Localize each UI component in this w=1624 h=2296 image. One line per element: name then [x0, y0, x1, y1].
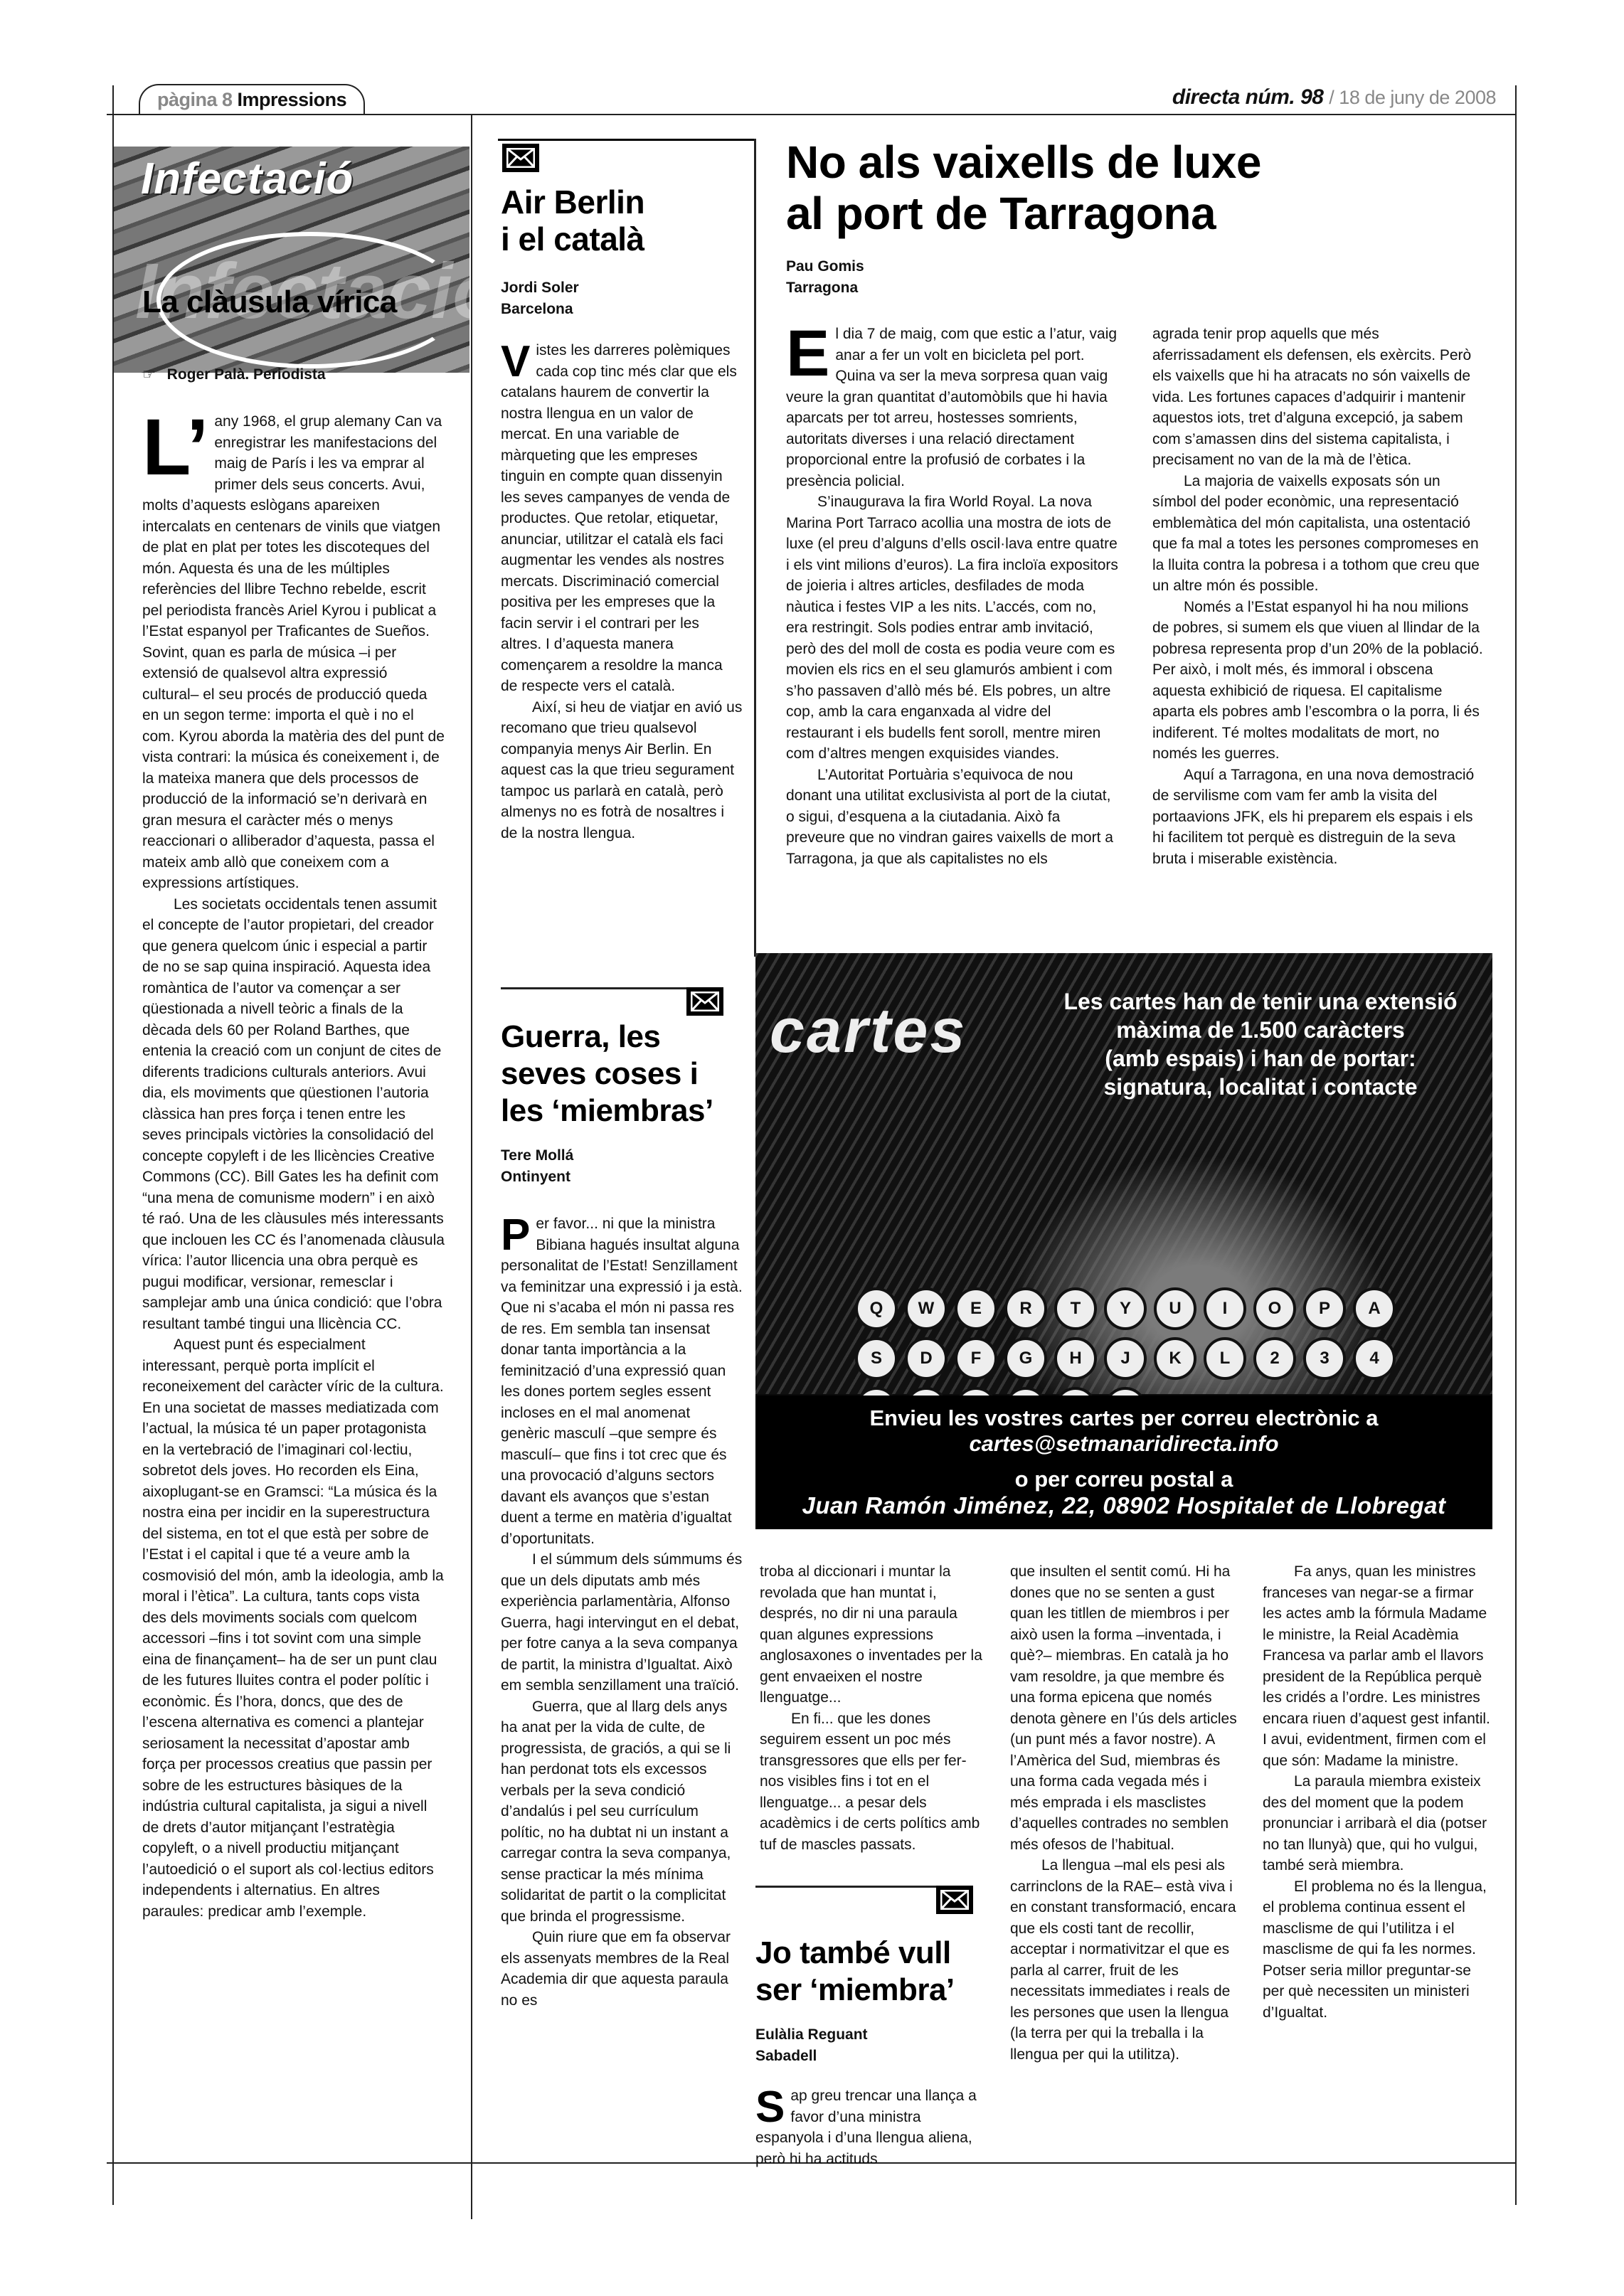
paragraph: ap greu trencar una llança a favor d’una…: [755, 2085, 990, 2169]
author: Jordi Soler: [501, 277, 579, 299]
location: Tarragona: [786, 277, 864, 299]
typewriter-key-icon: H: [1054, 1337, 1097, 1380]
column-divider-1: [471, 114, 472, 2219]
rules-line: (amb espais) i han de portar:: [1040, 1044, 1481, 1073]
cartes-title: cartes: [770, 994, 967, 1067]
typewriter-keys: QWERTYUIOPASDFGHJKL234567890: [855, 1287, 1410, 1394]
banner-title: Infectació: [141, 154, 354, 204]
paragraph: La llengua –mal els pesi als carrinclons…: [1010, 1855, 1238, 2065]
vaixells-body-col2: agrada tenir prop aquells que més aferri…: [1152, 324, 1487, 935]
headline-line: Guerra, les: [501, 1019, 660, 1054]
guerra-top-rule: [501, 987, 693, 989]
paragraph: Guerra, que al llarg dels anys ha anat p…: [501, 1696, 743, 1928]
headline-line: No als vaixells de luxe: [786, 137, 1261, 188]
header-rule: [107, 114, 1515, 115]
airberlin-headline: Air Berlin i el català: [501, 184, 644, 257]
vaixells-body-col1: E l dia 7 de maig, com que estic a l’atu…: [786, 324, 1120, 935]
headline-line: seves coses i: [501, 1056, 698, 1091]
miembra-body-col3: Fa anys, quan les ministres franceses va…: [1263, 1561, 1490, 2159]
section-name: Impressions: [238, 89, 347, 110]
headline-line: i el català: [501, 220, 644, 257]
paragraph: l dia 7 de maig, com que estic a l’atur,…: [786, 324, 1120, 491]
vaixells-byline: Pau Gomis Tarragona: [786, 256, 864, 299]
location: Ontinyent: [501, 1166, 573, 1188]
headline-line: al port de Tarragona: [786, 188, 1216, 239]
paragraph: Així, si heu de viatjar en avió us recom…: [501, 697, 743, 844]
email-label: Envieu les vostres cartes per correu ele…: [755, 1405, 1492, 1431]
paragraph: troba al diccionari i muntar la revolada…: [760, 1561, 987, 1708]
rules-line: signatura, localitat i contacte: [1040, 1073, 1481, 1101]
publication-issue: directa núm. 98: [1172, 85, 1324, 109]
rules-line: màxima de 1.500 caràcters: [1040, 1016, 1481, 1044]
paragraph: S’inaugurava la fira World Royal. La nov…: [786, 491, 1120, 765]
typewriter-key-icon: P: [1303, 1287, 1346, 1330]
typewriter-key-icon: G: [1004, 1337, 1047, 1380]
paragraph: La paraula miembra existeix des del mome…: [1263, 1771, 1490, 1876]
infectacio-body: L’ any 1968, el grup alemany Can va enre…: [142, 411, 445, 2147]
miembra-body-col2: que insulten el sentit comú. Hi ha dones…: [1010, 1561, 1238, 2159]
paragraph: Només a l’Estat espanyol hi ha nou milio…: [1152, 597, 1487, 765]
vaixells-headline: No als vaixells de luxe al port de Tarra…: [786, 137, 1261, 239]
column-divider-2: [754, 139, 756, 957]
cartes-box: QWERTYUIOPASDFGHJKL234567890 cartes Les …: [755, 953, 1492, 1529]
typewriter-key-icon: 4: [1353, 1337, 1396, 1380]
postal-address: Juan Ramón Jiménez, 22, 08902 Hospitalet…: [755, 1492, 1492, 1519]
paragraph: que insulten el sentit comú. Hi ha dones…: [1010, 1561, 1238, 1855]
paragraph: En fi... que les dones seguirem essent u…: [760, 1708, 987, 1854]
typewriter-key-icon: A: [1353, 1287, 1396, 1330]
miembra-body-col1: S ap greu trencar una llança a favor d’u…: [755, 2085, 990, 2171]
typewriter-key-icon: T: [1054, 1287, 1097, 1330]
masthead: directa núm. 98 / 18 de juny de 2008: [1172, 85, 1496, 110]
headline-line: Jo també vull: [755, 1935, 951, 1970]
left-margin-rule: [112, 85, 114, 2205]
typewriter-key-icon: F: [955, 1337, 997, 1380]
paragraph: I el súmmum dels súmmums és que un dels …: [501, 1549, 743, 1696]
author: Eulàlia Reguant: [755, 2024, 868, 2046]
typewriter-key-icon: S: [855, 1337, 898, 1380]
envelope-icon: [936, 1886, 973, 1914]
infectacio-banner: Infectació Infectació: [114, 147, 469, 373]
paragraph: La majoria de vaixells exposats són un s…: [1152, 471, 1487, 597]
cartes-contact: Envieu les vostres cartes per correu ele…: [755, 1396, 1492, 1529]
post-label: o per correu postal a: [755, 1467, 1492, 1492]
envelope-icon: [502, 144, 539, 172]
email-link[interactable]: cartes@setmanaridirecta.info: [755, 1431, 1492, 1457]
typewriter-key-icon: I: [1204, 1287, 1246, 1330]
cartes-rules: Les cartes han de tenir una extensió màx…: [1040, 987, 1481, 1101]
typewriter-key-icon: L: [1204, 1337, 1246, 1380]
typewriter-key-icon: D: [905, 1337, 948, 1380]
typewriter-key-icon: W: [905, 1287, 948, 1330]
paragraph: istes les darreres polèmiques cada cop t…: [501, 340, 743, 697]
author: Tere Mollá: [501, 1145, 573, 1166]
paragraph: Fa anys, quan les ministres franceses va…: [1263, 1561, 1490, 1771]
page-number: pàgina 8: [157, 89, 233, 110]
paragraph: er favor... ni que la ministra Bibiana h…: [501, 1213, 743, 1549]
paragraph: El problema no és la llengua, el problem…: [1263, 1876, 1490, 2024]
right-margin-rule: [1515, 85, 1517, 2205]
typewriter-key-icon: 2: [1253, 1337, 1296, 1380]
paragraph: Les societats occidentals tenen assumit …: [142, 894, 445, 1335]
infectacio-byline: ☞ Roger Palà. Periodista: [142, 364, 326, 386]
guerra-headline: Guerra, les seves coses i les ‘miembras’: [501, 1019, 713, 1130]
dropcap: L’: [142, 415, 208, 479]
dropcap: E: [786, 328, 829, 381]
dropcap: S: [755, 2090, 785, 2125]
miembra-byline: Eulàlia Reguant Sabadell: [755, 2024, 868, 2067]
rules-line: Les cartes han de tenir una extensió: [1040, 987, 1481, 1016]
guerra-byline: Tere Mollá Ontinyent: [501, 1145, 573, 1188]
guerra-body-col1: P er favor... ni que la ministra Bibiana…: [501, 1213, 743, 2138]
headline-line: ser ‘miembra’: [755, 1972, 955, 2007]
miembra-headline: Jo també vull ser ‘miembra’: [755, 1935, 955, 2009]
paragraph: Quin riure que em fa observar els asseny…: [501, 1927, 743, 2011]
airberlin-byline: Jordi Soler Barcelona: [501, 277, 579, 320]
typewriter-key-icon: K: [1154, 1337, 1196, 1380]
envelope-icon: [686, 987, 723, 1016]
typewriter-key-icon: 3: [1303, 1337, 1346, 1380]
paragraph: Aquí a Tarragona, en una nova demostraci…: [1152, 765, 1487, 870]
location: Sabadell: [755, 2046, 868, 2067]
typewriter-key-icon: J: [1104, 1337, 1147, 1380]
typewriter-key-icon: Y: [1104, 1287, 1147, 1330]
miembra-top-rule: [755, 1886, 939, 1888]
typewriter-key-icon: U: [1154, 1287, 1196, 1330]
headline-line: les ‘miembras’: [501, 1093, 713, 1128]
section-tab[interactable]: pàgina 8 Impressions: [139, 84, 365, 114]
author: Pau Gomis: [786, 256, 864, 277]
typewriter-key-icon: O: [1253, 1287, 1296, 1330]
airberlin-body: V istes les darreres polèmiques cada cop…: [501, 340, 743, 937]
paragraph: Aquest punt és especialment interessant,…: [142, 1334, 445, 1922]
typewriter-key-icon: R: [1004, 1287, 1047, 1330]
typewriter-key-icon: Q: [855, 1287, 898, 1330]
pointing-hand-icon: ☞: [142, 366, 156, 383]
location: Barcelona: [501, 299, 579, 320]
dropcap: V: [501, 344, 530, 380]
typewriter-key-icon: E: [955, 1287, 997, 1330]
infectacio-headline: La clàusula vírica: [142, 285, 397, 320]
byline-author: Roger Palà. Periodista: [167, 366, 326, 383]
dropcap: P: [501, 1218, 530, 1253]
headline-line: Air Berlin: [501, 184, 644, 220]
guerra-body-col2: troba al diccionari i muntar la revolada…: [760, 1561, 987, 1853]
paragraph: L’Autoritat Portuària s’equivoca de nou …: [786, 765, 1120, 870]
issue-date: / 18 de juny de 2008: [1329, 87, 1496, 108]
paragraph: agrada tenir prop aquells que més aferri…: [1152, 324, 1487, 471]
